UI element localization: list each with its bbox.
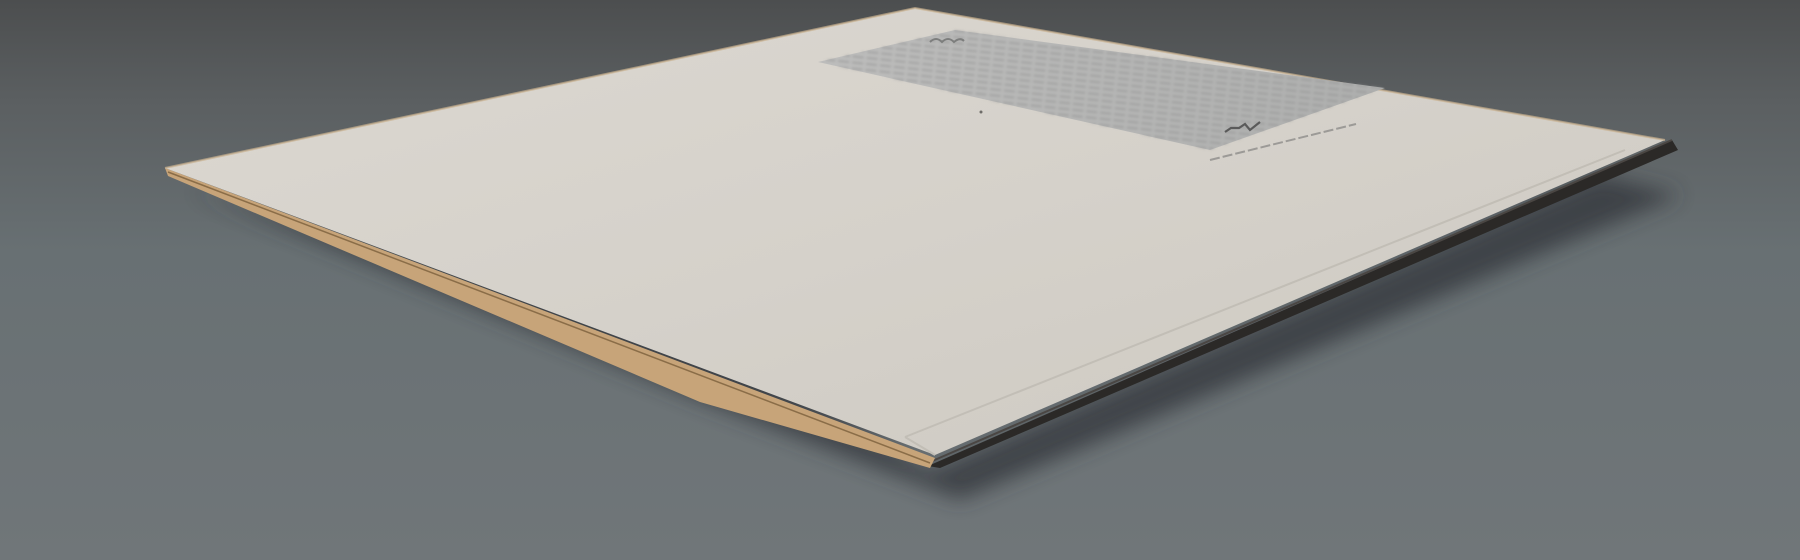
dust-spot — [980, 111, 983, 114]
album-sleeve-photo — [0, 0, 1800, 560]
photo-scene — [0, 0, 1800, 560]
